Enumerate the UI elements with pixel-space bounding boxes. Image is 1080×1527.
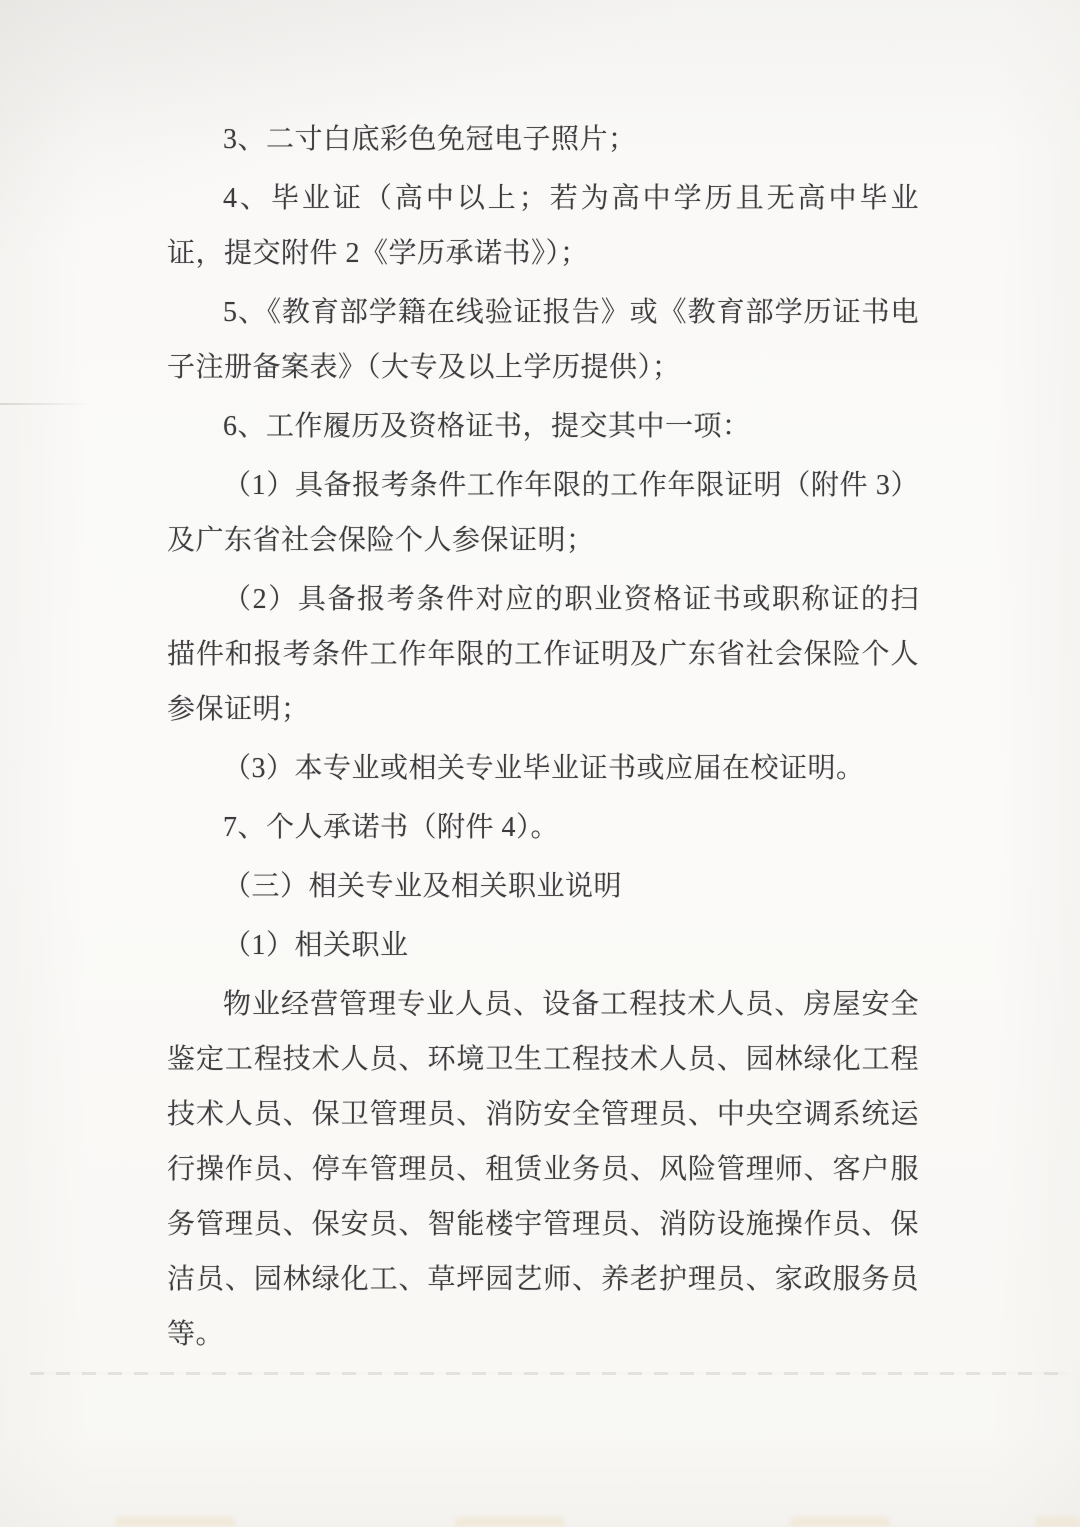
paragraph-sub-heading-1: （1）相关职业 xyxy=(167,918,919,973)
scan-artifact-dotted-band xyxy=(30,1372,1070,1375)
paragraph-item-4: 4、毕业证（高中以上；若为高中学历且无高中毕业证，提交附件 2《学历承诺书》）； xyxy=(167,171,919,281)
scan-artifact-bottom-smudge xyxy=(115,1517,235,1527)
document-text-block: 3、二寸白底彩色免冠电子照片； 4、毕业证（高中以上；若为高中学历且无高中毕业证… xyxy=(167,112,919,1366)
paragraph-section-3-heading: （三）相关专业及相关职业说明 xyxy=(167,859,919,914)
paragraph-item-6-option-2: （2）具备报考条件对应的职业资格证书或职称证的扫描件和报考条件工作年限的工作证明… xyxy=(167,572,919,737)
paragraph-item-6-option-3: （3）本专业或相关专业毕业证书或应届在校证明。 xyxy=(167,741,919,796)
paragraph-item-3: 3、二寸白底彩色免冠电子照片； xyxy=(167,112,919,167)
paragraph-item-7: 7、个人承诺书（附件 4）。 xyxy=(167,800,919,855)
paragraph-item-6-option-1: （1）具备报考条件工作年限的工作年限证明（附件 3）及广东省社会保险个人参保证明… xyxy=(167,458,919,568)
paragraph-related-occupations: 物业经营管理专业人员、设备工程技术人员、房屋安全鉴定工程技术人员、环境卫生工程技… xyxy=(167,977,919,1362)
document-page: 3、二寸白底彩色免冠电子照片； 4、毕业证（高中以上；若为高中学历且无高中毕业证… xyxy=(0,0,1080,1527)
paragraph-item-5: 5、《教育部学籍在线验证报告》或《教育部学历证书电子注册备案表》（大专及以上学历… xyxy=(167,285,919,395)
scan-artifact-bottom-smudge xyxy=(455,1517,565,1527)
scan-artifact-bottom-smudge xyxy=(790,1517,890,1527)
scan-artifact-left-line xyxy=(0,403,92,405)
paragraph-item-6: 6、工作履历及资格证书，提交其中一项： xyxy=(167,399,919,454)
scan-artifact-bottom-smudge xyxy=(1035,1517,1080,1527)
